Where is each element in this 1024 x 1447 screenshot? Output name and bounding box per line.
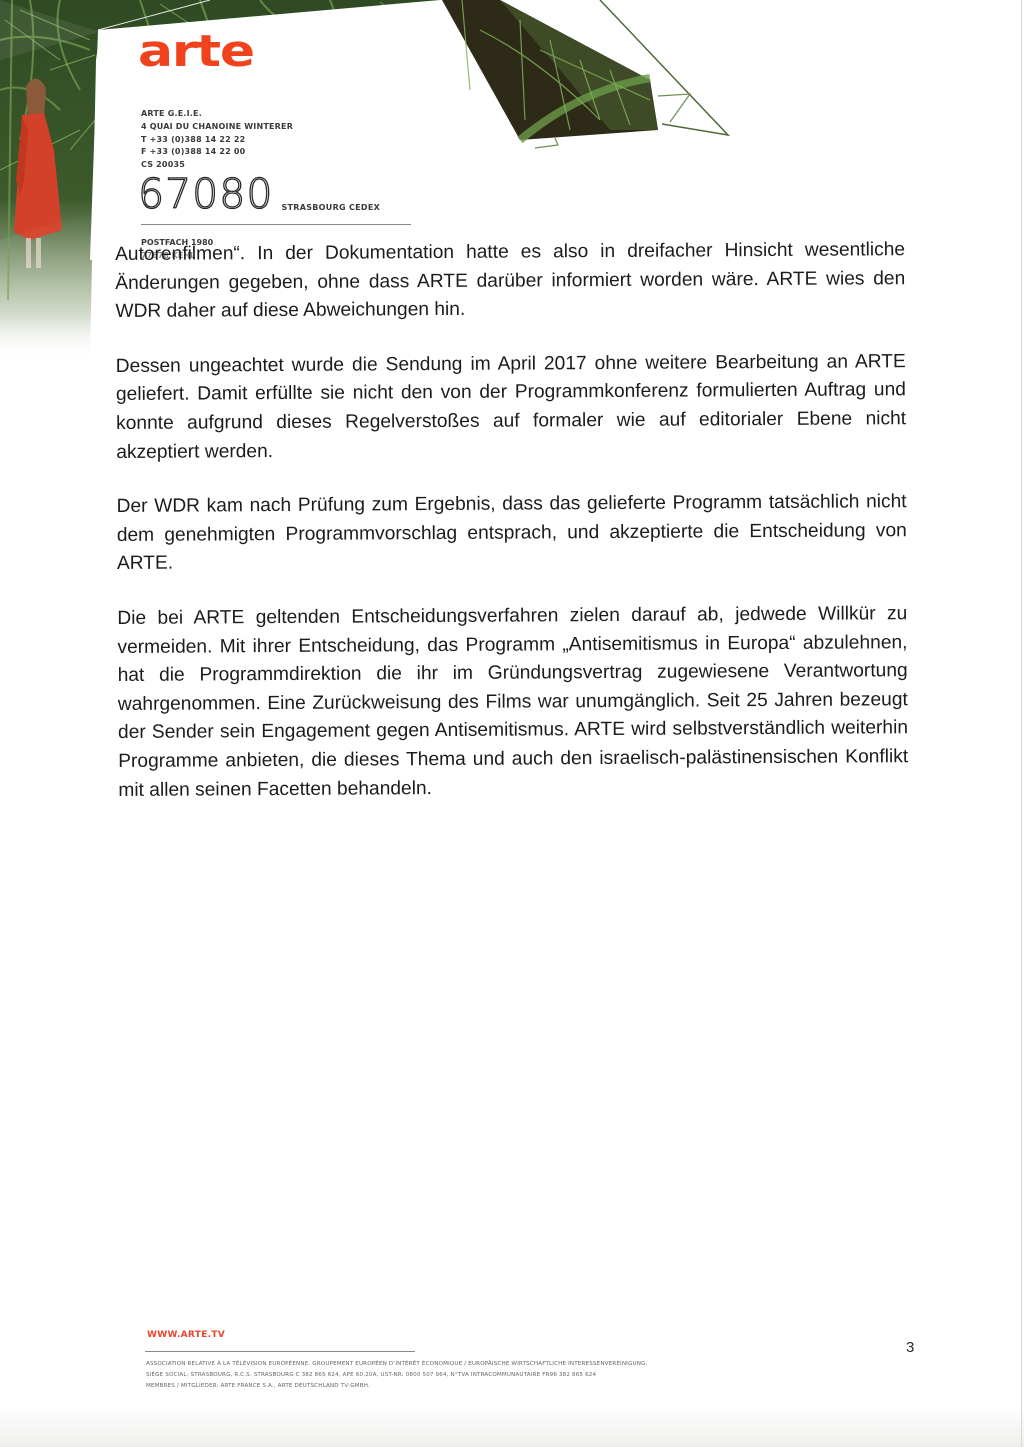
footer-divider bbox=[145, 1351, 415, 1352]
page-edge bbox=[1021, 0, 1022, 1447]
address-line: ARTE G.E.I.E. bbox=[141, 108, 293, 121]
paragraph: Autorenfilmen“. In der Dokumentation hat… bbox=[115, 236, 906, 327]
legal-line: MEMBRES / MITGLIEDER: ARTE FRANCE S.A., … bbox=[146, 1381, 647, 1392]
paragraph: Der WDR kam nach Prüfung zum Ergebnis, d… bbox=[117, 488, 908, 579]
postcode: 67080 bbox=[138, 174, 273, 215]
postcode-row: 67080 STRASBOURG CEDEX bbox=[138, 174, 380, 215]
sender-address: ARTE G.E.I.E. 4 QUAI DU CHANOINE WINTERE… bbox=[141, 108, 293, 172]
legal-line: ASSOCIATION RELATIVE À LA TÉLÉVISION EUR… bbox=[146, 1359, 647, 1370]
forest-triangle-decoration bbox=[400, 0, 760, 160]
address-line: 4 QUAI DU CHANOINE WINTERER bbox=[141, 121, 293, 134]
arte-logo: arte bbox=[138, 30, 254, 74]
city: STRASBOURG CEDEX bbox=[281, 203, 380, 212]
address-line: F +33 (0)388 14 22 00 bbox=[141, 146, 293, 159]
page-number: 3 bbox=[906, 1339, 914, 1356]
letter-body: Autorenfilmen“. In der Dokumentation hat… bbox=[115, 236, 909, 831]
page-bottom-shade bbox=[0, 1407, 1024, 1447]
address-divider bbox=[141, 224, 411, 225]
address-line: T +33 (0)388 14 22 22 bbox=[141, 134, 293, 147]
paragraph: Dessen ungeachtet wurde die Sendung im A… bbox=[116, 348, 907, 467]
legal-notice: ASSOCIATION RELATIVE À LA TÉLÉVISION EUR… bbox=[146, 1359, 647, 1392]
website-link[interactable]: WWW.ARTE.TV bbox=[147, 1330, 225, 1340]
legal-line: SIÈGE SOCIAL: STRASBOURG, R.C.S. STRASBO… bbox=[146, 1370, 647, 1381]
paragraph: Die bei ARTE geltenden Entscheidungsverf… bbox=[117, 600, 908, 805]
